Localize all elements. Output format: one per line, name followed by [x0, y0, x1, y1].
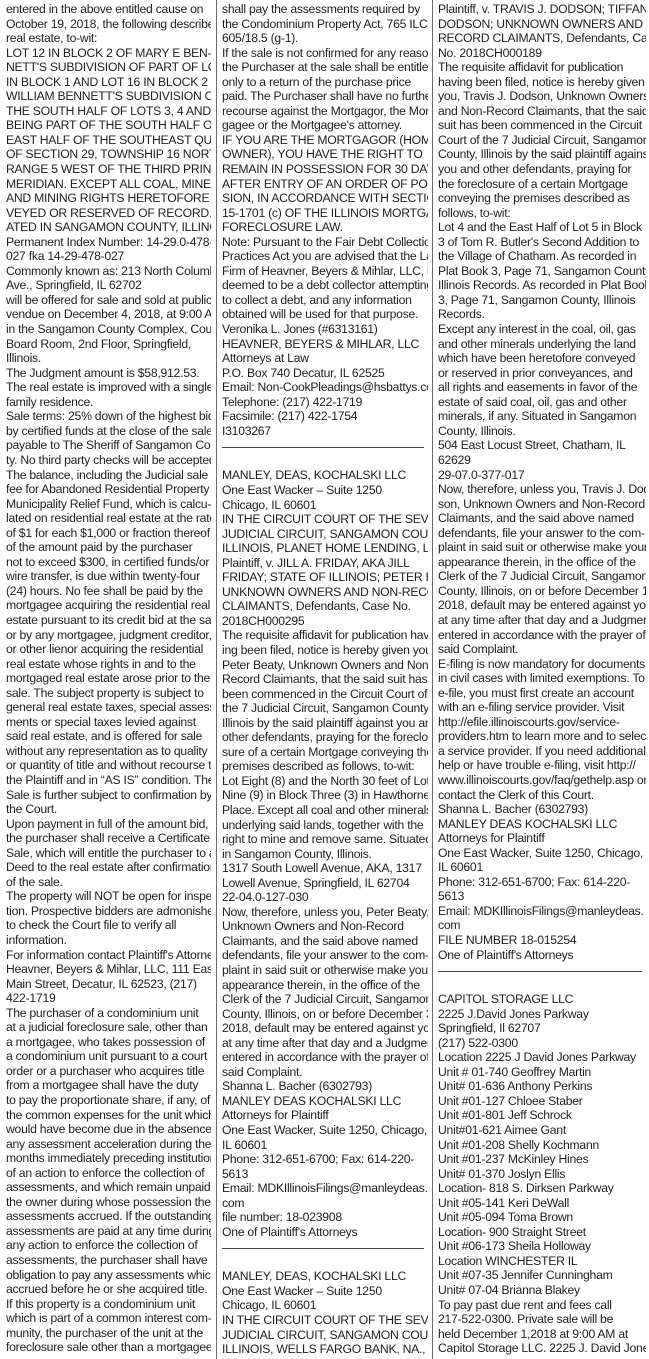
- text-line: Illinois.: [6, 351, 211, 366]
- legal-notice-block: MANLEY, DEAS, KOCHALSKI LLCOne East Wack…: [222, 468, 428, 1239]
- text-line: Shanna L. Bacher (6302793): [222, 1079, 428, 1094]
- text-line: FRIDAY; STATE OF ILLINOIS; PETER BEATY;: [222, 570, 428, 585]
- text-line: of the amount paid by the purchaser: [6, 540, 211, 555]
- text-line: any action to enforce the collection of: [6, 1238, 211, 1253]
- text-line: WILLIAM BENNETT'S SUBDIVISION OF: [6, 89, 211, 104]
- text-line: Main Street, Decatur, IL 62523, (217): [6, 977, 211, 992]
- text-line: follows, to-wit:: [438, 206, 646, 221]
- text-line: Illinois Records. As recorded in Plat Bo…: [438, 278, 646, 293]
- notice-separator: [438, 971, 642, 972]
- text-line: FORECLOSURE LAW.: [222, 220, 428, 235]
- text-line: IN THE CIRCUIT COURT OF THE SEVENTH: [222, 512, 428, 527]
- text-line: months immediately preceding institution: [6, 1151, 211, 1166]
- text-line: www.illinoiscourts.gov/faq/gethelp.asp o…: [438, 773, 646, 788]
- text-line: 605/18.5 (g-1).: [222, 31, 428, 46]
- text-line: Unit# 07-04 Brianna Blakey: [438, 1283, 646, 1298]
- text-line: or other lienor acquiring the residentia…: [6, 642, 211, 657]
- text-line: which is part of a common interest com-: [6, 1311, 211, 1326]
- text-line: IL 60601: [222, 1138, 428, 1153]
- text-line: foreclosure sale other than a mortgagee: [6, 1340, 211, 1355]
- text-line: IN BLOCK 1 AND LOT 16 IN BLOCK 2 OF: [6, 75, 211, 90]
- text-line: BEING PART OF THE SOUTH HALF OF THE: [6, 118, 211, 133]
- text-line: Lot Eight (8) and the North 30 feet of L…: [222, 774, 428, 789]
- text-line: DODSON; UNKNOWN OWNERS AND NON-: [438, 17, 646, 32]
- text-line: recourse against the Mortgagor, the Mort…: [222, 104, 428, 119]
- text-line: Phone: 312-651-6700; Fax: 614-220-: [222, 1152, 428, 1167]
- text-line: or quantity of title and without recours…: [6, 758, 211, 773]
- text-line: REMAIN IN POSSESSION FOR 30 DAYS: [222, 162, 428, 177]
- text-line: entered in accordance with the prayer of: [438, 628, 646, 643]
- text-line: IN THE CIRCUIT COURT OF THE SEVENTH: [222, 1313, 428, 1328]
- text-line: IL 60601: [438, 860, 646, 875]
- text-line: mortgaged real estate arose prior to the: [6, 671, 211, 686]
- text-line: MANLEY, DEAS, KOCHALSKI LLC: [222, 468, 428, 483]
- text-line: of $1 for each $1,000 or fraction thereo…: [6, 526, 211, 541]
- text-line: Commonly known as: 213 North Columbia: [6, 264, 211, 279]
- text-line: Heavner, Beyers & Mihlar, LLC, 111 East: [6, 962, 211, 977]
- text-line: com: [438, 918, 646, 933]
- text-line: wire transfer, is due within twenty-four: [6, 569, 211, 584]
- text-line: 027 fka 14-29-478-027: [6, 249, 211, 264]
- text-line: providers.htm to learn more and to selec…: [438, 729, 646, 744]
- text-line: To pay past due rent and fees call: [438, 1298, 646, 1313]
- text-line: deemed to be a debt collector attempting: [222, 278, 428, 293]
- text-line: the owner during whose possession the: [6, 1195, 211, 1210]
- text-line: OWNER), YOU HAVE THE RIGHT TO: [222, 147, 428, 162]
- text-line: JUDICIAL CIRCUIT, SANGAMON COUNTY,: [222, 1328, 428, 1343]
- text-line: FILE NUMBER 18-015254: [438, 933, 646, 948]
- text-line: 2018, default may be entered against you: [438, 598, 646, 613]
- text-line: of the sale.: [6, 875, 211, 890]
- text-line: County, Illinois.: [438, 424, 646, 439]
- text-line: Facsimile: (217) 422-1754: [222, 409, 428, 424]
- text-line: 2018CH000295: [222, 614, 428, 629]
- text-line: suit has been commenced in the Circuit: [438, 118, 646, 133]
- text-line: http://efile.illinoiscourts.gov/service-: [438, 715, 646, 730]
- text-line: Sale, which will entitle the purchaser t…: [6, 846, 211, 861]
- text-line: Lowell Avenue, Springfield, IL 62704: [222, 876, 428, 891]
- text-line: Upon payment in full of the amount bid,: [6, 817, 211, 832]
- legal-notice-block: shall pay the assessments required bythe…: [222, 2, 428, 438]
- text-line: One of Plaintiff's Attorneys: [222, 1225, 428, 1240]
- text-line: a service provider. If you need addition…: [438, 744, 646, 759]
- text-line: HEAVNER, BEYERS & MIHLAR, LLC: [222, 337, 428, 352]
- text-line: Unit #07-35 Jennifer Cunningham: [438, 1268, 646, 1283]
- text-line: Unit #01-208 Shelly Kochmann: [438, 1138, 646, 1153]
- text-line: minerals, if any. Situated in Sangamon: [438, 409, 646, 424]
- text-line: UNKNOWN OWNERS AND NON-RECORD: [222, 585, 428, 600]
- text-line: I3103267: [222, 424, 428, 439]
- text-line: Lot 4 and the East Half of Lot 5 in Bloc…: [438, 220, 646, 235]
- text-line: real estate whose rights in and to the: [6, 657, 211, 672]
- text-line: gagee or the Mortgagee's attorney.: [222, 118, 428, 133]
- text-line: e-file, you must first create an account: [438, 686, 646, 701]
- text-line: The property will NOT be open for inspec…: [6, 889, 211, 904]
- text-line: The requisite affidavit for publication …: [222, 628, 428, 643]
- text-line: Record Claimants, that the said suit has: [222, 672, 428, 687]
- text-line: 5613: [222, 1167, 428, 1182]
- text-line: the Village of Chatham. As recorded in: [438, 249, 646, 264]
- text-line: CLAIMANTS, Defendants, Case No.: [222, 599, 428, 614]
- text-line: The purchaser of a condominium unit: [6, 1006, 211, 1021]
- text-line: held December 1,2018 at 9:00 AM at: [438, 1327, 646, 1342]
- text-line: Telephone: (217) 422-1719: [222, 395, 428, 410]
- column-1: entered in the above entitled cause onOc…: [6, 2, 211, 1359]
- text-line: 15-1701 (c) OF THE ILLINOIS MORTGAGE: [222, 206, 428, 221]
- text-line: Unit #06-173 Sheila Holloway: [438, 1239, 646, 1254]
- text-line: LOT 12 IN BLOCK 2 OF MARY E BEN-: [6, 46, 211, 61]
- text-line: 1317 South Lowell Avenue, AKA, 1317: [222, 861, 428, 876]
- text-line: information.: [6, 933, 211, 948]
- text-line: 29-07.0-377-017: [438, 468, 646, 483]
- text-line: shall pay the assessments required by: [222, 2, 428, 17]
- text-line: Municipality Relief Fund, which is calcu…: [6, 497, 211, 512]
- text-line: Practices Act you are advised that the L…: [222, 249, 428, 264]
- text-line: obligation to pay any assessments which: [6, 1268, 211, 1283]
- text-line: mortgagee acquiring the residential real: [6, 598, 211, 613]
- text-line: you, Travis J. Dodson, Unknown Owners: [438, 89, 646, 104]
- legal-notice-block: entered in the above entitled cause onOc…: [6, 2, 211, 1355]
- column-rule: [432, 0, 433, 1359]
- text-line: ATED IN SANGAMON COUNTY, ILLINOIS.: [6, 220, 211, 235]
- text-line: Claimants, and the said above named: [222, 934, 428, 949]
- text-line: Email: MDKIllinoisFilings@manleydeas.: [438, 904, 646, 919]
- text-line: Unit# 01-636 Anthony Perkins: [438, 1079, 646, 1094]
- text-line: without any representation as to quality: [6, 744, 211, 759]
- column-rule: [216, 0, 217, 1359]
- text-line: the Purchaser at the sale shall be entit…: [222, 60, 428, 75]
- text-line: ILLINOIS, WELLS FARGO BANK, NA.,: [222, 1342, 428, 1357]
- text-line: E-filing is now mandatory for documents: [438, 657, 646, 672]
- text-line: accrued before he or she acquired title.: [6, 1282, 211, 1297]
- text-line: 422-1719: [6, 991, 211, 1006]
- text-line: the Plaintiff and in “AS IS” condition. …: [6, 773, 211, 788]
- text-line: AFTER ENTRY OF AN ORDER OF POSSES-: [222, 177, 428, 192]
- text-line: Records.: [438, 307, 646, 322]
- text-line: general real estate taxes, special asses…: [6, 700, 211, 715]
- text-line: VEYED OR RESERVED OF RECORD. SITU-: [6, 206, 211, 221]
- text-line: Claimants, and the said above named: [438, 511, 646, 526]
- text-line: which have been heretofore conveyed: [438, 351, 646, 366]
- text-line: plaint in said suit or otherwise make yo…: [222, 963, 428, 978]
- text-line: Unit# 01-370 Joslyn Ellis: [438, 1167, 646, 1182]
- text-line: of an action to enforce the collection o…: [6, 1166, 211, 1181]
- text-line: 3 of Tom R. Butler's Second Addition to: [438, 235, 646, 250]
- text-line: NETT'S SUBDIVISION OF PART OF LOT 1: [6, 60, 211, 75]
- text-line: Clerk of the 7 Judicial Circuit, Sangamo…: [438, 569, 646, 584]
- text-line: at any time after that day and a Judgmen…: [222, 1036, 428, 1051]
- text-line: Attorneys for Plaintiff: [438, 831, 646, 846]
- text-line: with an e-filing service provider. Visit: [438, 700, 646, 715]
- text-line: Board Room, 2nd Floor, Springfield,: [6, 337, 211, 352]
- text-line: MANLEY DEAS KOCHALSKI LLC: [222, 1094, 428, 1109]
- text-line: Place. Except all coal and other mineral…: [222, 803, 428, 818]
- text-line: Except any interest in the coal, oil, ga…: [438, 322, 646, 337]
- text-line: in the Sangamon County Complex, County: [6, 322, 211, 337]
- text-line: One East Wacker – Suite 1250: [222, 1284, 428, 1299]
- text-line: conveying the premises described as: [438, 191, 646, 206]
- text-line: to collect a debt, and any information: [222, 293, 428, 308]
- legal-notice-block: MANLEY, DEAS, KOCHALSKI LLCOne East Wack…: [222, 1269, 428, 1356]
- text-line: Plat Book 3, Page 71, Sangamon County,: [438, 264, 646, 279]
- text-line: Unit # 01-740 Geoffrey Martin: [438, 1065, 646, 1080]
- text-line: Illinois by the said plaintiff against y…: [222, 716, 428, 731]
- text-line: lated on residential real estate at the …: [6, 511, 211, 526]
- text-line: appearance therein, in the office of the: [222, 978, 428, 993]
- text-line: County, Illinois, on or before December …: [438, 584, 646, 599]
- text-line: 504 East Locust Street, Chatham, IL: [438, 438, 646, 453]
- text-line: only to a return of the purchase price: [222, 75, 428, 90]
- text-line: The Judgment amount is $58,912.53.: [6, 366, 211, 381]
- text-line: right to mine and remove same. Situated: [222, 832, 428, 847]
- text-line: a mortgagee, who takes possession of: [6, 1035, 211, 1050]
- text-line: entered in accordance with the prayer of: [222, 1050, 428, 1065]
- text-line: and Non-Record Claimants, that the said: [438, 104, 646, 119]
- text-line: obtained will be used for that purpose.: [222, 307, 428, 322]
- text-line: Unit#01-621 Aimee Gant: [438, 1123, 646, 1138]
- text-line: Capitol Storage LLC. 2225 J. David Jones: [438, 1341, 646, 1356]
- text-line: One of Plaintiff's Attorneys: [438, 948, 646, 963]
- text-line: Plaintiff, v. TRAVIS J. DODSON; TIFFANI …: [438, 2, 646, 17]
- text-line: No. 2018CH000189: [438, 46, 646, 61]
- text-line: fee for Abandoned Residential Property: [6, 482, 211, 497]
- text-line: If the sale is not confirmed for any rea…: [222, 46, 428, 61]
- text-line: Sale terms: 25% down of the highest bid: [6, 409, 211, 424]
- text-line: not to exceed $300, in certified funds/o…: [6, 555, 211, 570]
- text-line: assessments are paid at any time during: [6, 1224, 211, 1239]
- text-line: a condominium unit pursuant to a court: [6, 1049, 211, 1064]
- text-line: order or a purchaser who acquires title: [6, 1064, 211, 1079]
- text-line: MANLEY DEAS KOCHALSKI LLC: [438, 817, 646, 832]
- text-line: assessments accrued. If the outstanding: [6, 1209, 211, 1224]
- text-line: MANLEY, DEAS, KOCHALSKI LLC: [222, 1269, 428, 1284]
- text-line: will be offered for sale and sold at pub…: [6, 293, 211, 308]
- text-line: entered in the above entitled cause on: [6, 2, 211, 17]
- text-line: Location WINCHESTER IL: [438, 1254, 646, 1269]
- text-line: Unit #01-127 Chloee Staber: [438, 1094, 646, 1109]
- text-line: the common expenses for the unit which: [6, 1108, 211, 1123]
- text-line: Court of the 7 Judicial Circuit, Sangamo…: [438, 133, 646, 148]
- text-line: to check the Court file to verify all: [6, 918, 211, 933]
- text-line: son, Unknown Owners and Non-Record: [438, 497, 646, 512]
- text-line: from a mortgagee shall have the duty: [6, 1078, 211, 1093]
- text-line: One East Wacker – Suite 1250: [222, 483, 428, 498]
- text-line: Unit #05-094 Toma Brown: [438, 1210, 646, 1225]
- text-line: If this property is a condominium unit: [6, 1297, 211, 1312]
- text-line: (24) hours. No fee shall be paid by the: [6, 584, 211, 599]
- text-line: contact the Clerk of this Court.: [438, 788, 646, 803]
- text-line: IF YOU ARE THE MORTGAGOR (HOME-: [222, 133, 428, 148]
- text-line: SION, IN ACCORDANCE WITH SECTION: [222, 191, 428, 206]
- text-line: The requisite affidavit for publication: [438, 60, 646, 75]
- text-line: 62629: [438, 453, 646, 468]
- legal-notice-block: Plaintiff, v. TRAVIS J. DODSON; TIFFANI …: [438, 2, 646, 962]
- text-line: would have become due in the absence of: [6, 1122, 211, 1137]
- text-line: all rights and easements in favor of the: [438, 380, 646, 395]
- text-line: Peter Beaty, Unknown Owners and Non-: [222, 658, 428, 673]
- text-line: Firm of Heavner, Beyers & Mihlar, LLC, i…: [222, 264, 428, 279]
- text-line: County, Illinois, on or before December …: [222, 1007, 428, 1022]
- text-line: 22-04.0-127-030: [222, 890, 428, 905]
- text-line: 3, Page 71, Sangamon County, Illinois: [438, 293, 646, 308]
- text-line: underlying said lands, together with the: [222, 818, 428, 833]
- legal-notices-page: entered in the above entitled cause onOc…: [0, 0, 649, 1359]
- text-line: tion. Prospective bidders are admonished: [6, 904, 211, 919]
- text-line: said Complaint.: [222, 1065, 428, 1080]
- text-line: having been filed, notice is hereby give…: [438, 75, 646, 90]
- text-line: ments or special taxes levied against: [6, 715, 211, 730]
- text-line: MERIDIAN. EXCEPT ALL COAL, MINERALS: [6, 177, 211, 192]
- text-line: Clerk of the 7 Judicial Circuit, Sangamo…: [222, 992, 428, 1007]
- text-line: Now, therefore, unless you, Travis J. Do…: [438, 482, 646, 497]
- text-line: defendants, file your answer to the com-: [222, 948, 428, 963]
- notice-separator: [222, 1248, 424, 1249]
- text-line: the purchaser shall receive a Certificat…: [6, 831, 211, 846]
- text-line: any assessment acceleration during the 6: [6, 1137, 211, 1152]
- text-line: said Complaint.: [438, 642, 646, 657]
- text-line: CAPITOL STORAGE LLC: [438, 992, 646, 1007]
- notice-separator: [222, 447, 424, 448]
- text-line: to pay the proportionate share, if any, …: [6, 1093, 211, 1108]
- text-line: Location- 900 Straight Street: [438, 1225, 646, 1240]
- text-line: Chicago, IL 60601: [222, 1298, 428, 1313]
- text-line: Location- 818 S. Dirksen Parkway: [438, 1181, 646, 1196]
- text-line: 217-522-0300. Private sale will be: [438, 1312, 646, 1327]
- text-line: munity, the purchaser of the unit at the: [6, 1326, 211, 1341]
- text-line: Shanna L. Bacher (6302793): [438, 802, 646, 817]
- text-line: the Court.: [6, 802, 211, 817]
- text-line: appearance therein, in the office of the: [438, 555, 646, 570]
- text-line: or reserved in prior conveyances, and: [438, 366, 646, 381]
- text-line: family residence.: [6, 395, 211, 410]
- text-line: Deed to the real estate after confirmati…: [6, 860, 211, 875]
- text-line: ing been filed, notice is hereby given y…: [222, 643, 428, 658]
- text-line: the Condominium Property Act, 765 ILCS: [222, 17, 428, 32]
- text-line: 5613: [438, 889, 646, 904]
- text-line: One East Wacker, Suite 1250, Chicago,: [222, 1123, 428, 1138]
- text-line: ty. No third party checks will be accept…: [6, 453, 211, 468]
- text-line: Veronika L. Jones (#6313161): [222, 322, 428, 337]
- text-line: Email: MDKIllinoisFilings@manleydeas.: [222, 1181, 428, 1196]
- text-line: at any time after that day and a Judgmen…: [438, 613, 646, 628]
- text-line: Plaintiff, v. JILL A. FRIDAY, AKA JILL: [222, 556, 428, 571]
- text-line: EAST HALF OF THE SOUTHEAST QUARTER: [6, 133, 211, 148]
- text-line: Phone: 312-651-6700; Fax: 614-220-: [438, 875, 646, 890]
- text-line: One East Wacker, Suite 1250, Chicago,: [438, 846, 646, 861]
- text-line: Attorneys at Law: [222, 351, 428, 366]
- text-line: at a judicial foreclosure sale, other th…: [6, 1020, 211, 1035]
- text-line: Location 2225 J David Jones Parkway: [438, 1050, 646, 1065]
- text-line: Nine (9) in Block Three (3) in Hawthorne: [222, 788, 428, 803]
- text-line: (217) 522-0300: [438, 1036, 646, 1051]
- legal-notice-block: CAPITOL STORAGE LLC2225 J.David Jones Pa…: [438, 992, 646, 1356]
- text-line: Springfield, Il 62707: [438, 1021, 646, 1036]
- text-line: or by any mortgagee, judgment creditor,: [6, 628, 211, 643]
- text-line: paid. The Purchaser shall have no furthe…: [222, 89, 428, 104]
- text-line: com: [222, 1196, 428, 1211]
- text-line: For information contact Plaintiff's Atto…: [6, 948, 211, 963]
- text-line: vendue on December 4, 2018, at 9:00 AM,: [6, 307, 211, 322]
- text-line: assessments, the purchaser shall have no: [6, 1253, 211, 1268]
- text-line: been commenced in the Circuit Court of: [222, 687, 428, 702]
- text-line: Chicago, IL 60601: [222, 498, 428, 513]
- column-2: shall pay the assessments required bythe…: [222, 2, 428, 1359]
- text-line: RANGE 5 WEST OF THE THIRD PRINCIPAL: [6, 162, 211, 177]
- text-line: payable to The Sheriff of Sangamon Coun-: [6, 438, 211, 453]
- text-line: premises described as follows, to-wit:: [222, 759, 428, 774]
- text-line: help or have trouble e-filing, visit htt…: [438, 758, 646, 773]
- text-line: October 19, 2018, the following describe…: [6, 17, 211, 32]
- text-line: Permanent Index Number: 14-29.0-478-: [6, 235, 211, 250]
- text-line: 2018, default may be entered against you: [222, 1021, 428, 1036]
- text-line: The real estate is improved with a singl…: [6, 380, 211, 395]
- text-line: and other minerals underlying the land: [438, 337, 646, 352]
- text-line: OF SECTION 29, TOWNSHIP 16 NORTH,: [6, 147, 211, 162]
- text-line: Unknown Owners and Non-Record: [222, 919, 428, 934]
- text-line: by certified funds at the close of the s…: [6, 424, 211, 439]
- text-line: P.O. Box 740 Decatur, IL 62525: [222, 366, 428, 381]
- text-line: real estate, to-wit:: [6, 31, 211, 46]
- text-line: Attorneys for Plaintiff: [222, 1108, 428, 1123]
- text-line: AND MINING RIGHTS HERETOFORE CON-: [6, 191, 211, 206]
- text-line: JUDICIAL CIRCUIT, SANGAMON COUNTY,: [222, 527, 428, 542]
- text-line: Email: Non-CookPleadings@hsbattys.com: [222, 380, 428, 395]
- text-line: plaint in said suit or otherwise make yo…: [438, 540, 646, 555]
- text-line: estate of said coal, oil, gas and other: [438, 395, 646, 410]
- text-line: 2225 J.David Jones Parkway: [438, 1007, 646, 1022]
- text-line: sale. The subject property is subject to: [6, 686, 211, 701]
- text-line: Ave., Springfield, IL 62702: [6, 278, 211, 293]
- text-line: estate pursuant to its credit bid at the…: [6, 613, 211, 628]
- text-line: Unit #01-237 McKinley Hines: [438, 1152, 646, 1167]
- text-line: County, Illinois by the said plaintiff a…: [438, 147, 646, 162]
- text-line: Sale is further subject to confirmation …: [6, 788, 211, 803]
- text-line: file number: 18-023908: [222, 1210, 428, 1225]
- text-line: defendants, file your answer to the com-: [438, 526, 646, 541]
- column-3: Plaintiff, v. TRAVIS J. DODSON; TIFFANI …: [438, 2, 646, 1359]
- text-line: Now, therefore, unless you, Peter Beaty,: [222, 905, 428, 920]
- text-line: in Sangamon County, Illinois.: [222, 847, 428, 862]
- text-line: ILLINOIS, PLANET HOME LENDING, LLC.,: [222, 541, 428, 556]
- text-line: THE SOUTH HALF OF LOTS 3, 4 AND 5,: [6, 104, 211, 119]
- text-line: Unit #05-141 Keri DeWall: [438, 1196, 646, 1211]
- text-line: The balance, including the Judicial sale: [6, 468, 211, 483]
- text-line: sure of a certain Mortgage conveying the: [222, 745, 428, 760]
- text-line: the 7 Judicial Circuit, Sangamon County,: [222, 701, 428, 716]
- text-line: other defendants, praying for the forecl…: [222, 730, 428, 745]
- text-line: RECORD CLAIMANTS, Defendants, Case: [438, 31, 646, 46]
- text-line: you and other defendants, praying for: [438, 162, 646, 177]
- text-line: the foreclosure of a certain Mortgage: [438, 177, 646, 192]
- text-line: Note: Pursuant to the Fair Debt Collecti…: [222, 235, 428, 250]
- text-line: Unit #01-801 Jeff Schrock: [438, 1108, 646, 1123]
- text-line: in civil cases with limited exemptions. …: [438, 671, 646, 686]
- text-line: assessments, and which remain unpaid by: [6, 1180, 211, 1195]
- text-line: said real estate, and is offered for sal…: [6, 729, 211, 744]
